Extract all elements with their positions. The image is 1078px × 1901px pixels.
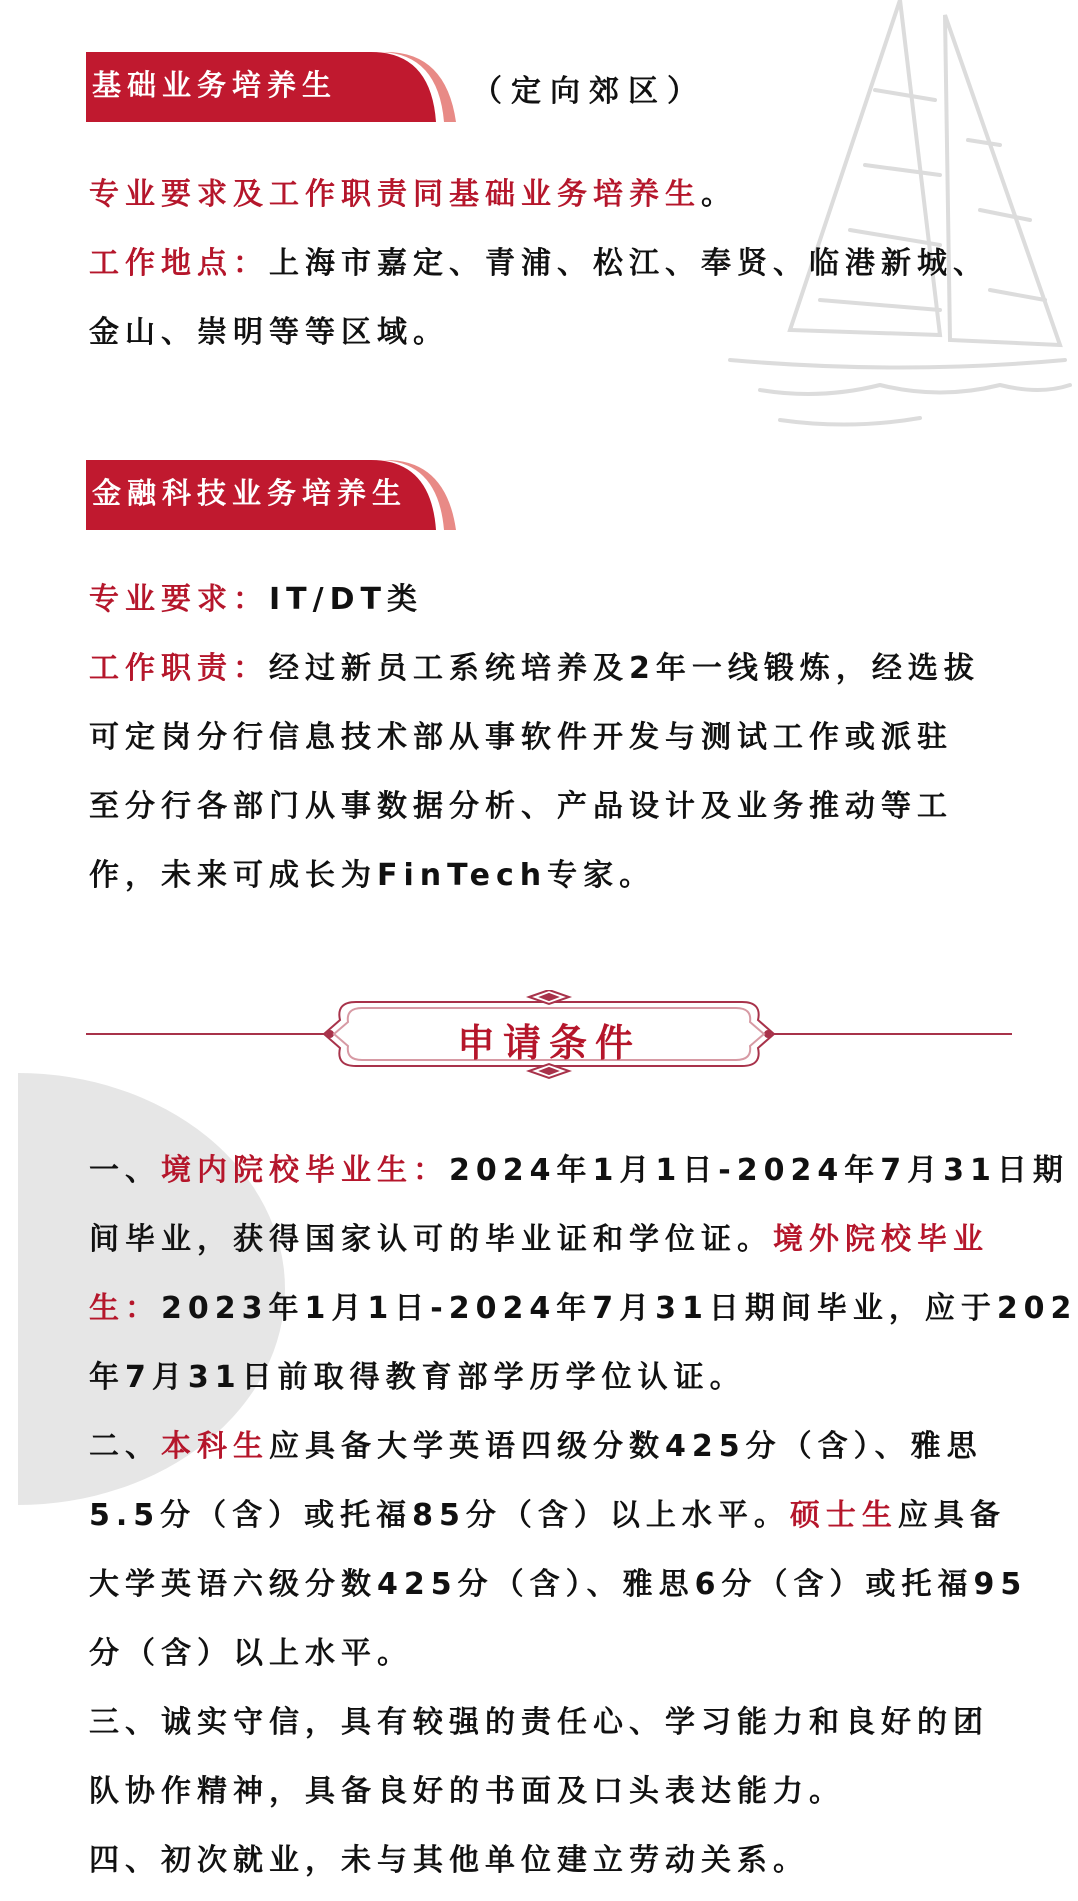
section2-body: 专业要求：IT/DT类 工作职责：经过新员工系统培养及2年一线锻炼，经选拔 可定… [89, 565, 1029, 910]
duty-line-3: 至分行各部门从事数据分析、产品设计及业务推动等工 [89, 772, 1029, 841]
banner-title: 基础业务培养生 [92, 52, 337, 118]
banner-title: 金融科技业务培养生 [92, 460, 407, 526]
domestic-graduate-label: 境内院校毕业生： [161, 1153, 449, 1188]
section1-body: 专业要求及工作职责同基础业务培养生。 工作地点：上海市嘉定、青浦、松江、奉贤、临… [89, 160, 1029, 367]
conditions-body: 一、境内院校毕业生：2024年1月1日-2024年7月31日期 间毕业，获得国家… [89, 1136, 1029, 1895]
condition-1-line-4: 年7月31日前取得教育部学历学位认证。 [89, 1343, 1029, 1412]
location-value: 上海市嘉定、青浦、松江、奉贤、临港新城、 [269, 246, 989, 281]
conditions-title: 申请条件 [86, 1012, 1012, 1067]
condition-4-line-1: 四、初次就业，未与其他单位建立劳动关系。 [89, 1826, 1029, 1895]
requirement-line: 专业要求及工作职责同基础业务培养生。 [89, 160, 1029, 229]
condition-2-line-4: 分（含）以上水平。 [89, 1619, 1029, 1688]
major-label: 专业要求： [89, 582, 269, 617]
undergraduate-label: 本科生 [161, 1429, 269, 1464]
condition-2-line-2: 5.5分（含）或托福85分（含）以上水平。硕士生应具备 [89, 1481, 1029, 1550]
overseas-graduate-label: 境外院校毕业 [773, 1222, 989, 1257]
location-line-2: 金山、崇明等等区域。 [89, 298, 1029, 367]
duty-line-4: 作，未来可成长为FinTech专家。 [89, 841, 1029, 910]
condition-2-line-3: 大学英语六级分数425分（含）、雅思6分（含）或托福95 [89, 1550, 1029, 1619]
condition-2-line-1: 二、本科生应具备大学英语四级分数425分（含）、雅思 [89, 1412, 1029, 1481]
condition-1-line-3: 生：2023年1月1日-2024年7月31日期间毕业，应于2024 [89, 1274, 1029, 1343]
master-label: 硕士生 [790, 1498, 898, 1533]
duty-line: 工作职责：经过新员工系统培养及2年一线锻炼，经选拔 [89, 634, 1029, 703]
location-line: 工作地点：上海市嘉定、青浦、松江、奉贤、临港新城、 [89, 229, 1029, 298]
banner-note: （定向郊区） [472, 66, 706, 110]
condition-3-line-1: 三、诚实守信，具有较强的责任心、学习能力和良好的团 [89, 1688, 1029, 1757]
banner-basic-business-suburban: 基础业务培养生 [86, 52, 466, 122]
major-value: IT/DT类 [269, 582, 423, 617]
requirement-text: 专业要求及工作职责同基础业务培养生 [89, 177, 701, 212]
duty-line-2: 可定岗分行信息技术部从事软件开发与测试工作或派驻 [89, 703, 1029, 772]
duty-label: 工作职责： [89, 651, 269, 686]
major-line: 专业要求：IT/DT类 [89, 565, 1029, 634]
location-label: 工作地点： [89, 246, 269, 281]
condition-3-line-2: 队协作精神，具备良好的书面及口头表达能力。 [89, 1757, 1029, 1826]
conditions-heading: 申请条件 [86, 990, 1012, 1080]
banner-fintech-business: 金融科技业务培养生 [86, 460, 466, 530]
condition-1-line-2: 间毕业，获得国家认可的毕业证和学位证。境外院校毕业 [89, 1205, 1029, 1274]
condition-1-line-1: 一、境内院校毕业生：2024年1月1日-2024年7月31日期 [89, 1136, 1029, 1205]
